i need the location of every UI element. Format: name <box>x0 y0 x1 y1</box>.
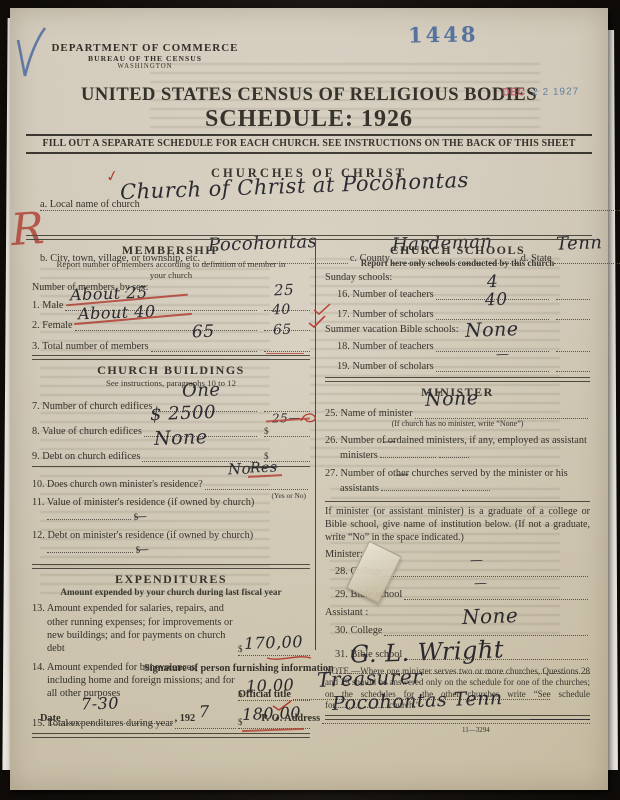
row-label: 9. Debt on church edifices <box>32 451 140 462</box>
right-column: CHURCH SCHOOLS Report here only schools … <box>316 238 592 650</box>
row-total-members: 3. Total number of members 65 65 <box>32 333 310 352</box>
form-number-left: 8—5518-1 <box>48 720 78 728</box>
graduate-note: If minister (or assistant minister) is a… <box>325 506 590 544</box>
membership-sub: Report number of members according to de… <box>55 259 287 280</box>
form-number-right: 11—3294 <box>462 726 490 734</box>
residence-debt-written: — <box>150 542 151 559</box>
row-female: 2. Female About 40 40 <box>32 313 310 331</box>
row-label: 8. Value of church edifices <box>32 426 142 437</box>
stamp-month: DEC <box>502 86 525 98</box>
banner-instruction: FILL OUT A SEPARATE SCHEDULE FOR EACH CH… <box>37 138 580 149</box>
scanned-document: 1448 DEPARTMENT OF COMMERCE BUREAU OF TH… <box>0 0 620 800</box>
department-name: DEPARTMENT OF COMMERCE <box>38 42 252 54</box>
date-year-printed: , 192 <box>175 713 196 724</box>
row-label: 10. Does church own minister's residence… <box>32 479 203 490</box>
vbs-teachers-written: None <box>465 318 519 342</box>
row-label: 2. Female <box>32 320 73 331</box>
edifice-debt-written: None <box>154 426 208 450</box>
row-male: 1. Male About 25 25 <box>32 293 310 311</box>
section-divider <box>325 377 590 382</box>
schools-heading: CHURCH SCHOOLS <box>325 243 590 258</box>
buildings-sub: See instructions, paragraphs 10 to 12 <box>32 378 310 389</box>
exp-salaries-written: 170,00 <box>244 632 304 653</box>
section-divider <box>32 564 310 569</box>
red-check-mark <box>313 303 331 316</box>
date-received-stamp: DEC 2 2 1927 <box>502 85 579 98</box>
row-label: 11. Value of minister's residence (if ow… <box>32 497 254 508</box>
signature-label: Signature of person furnishing informati… <box>144 663 334 674</box>
row-label: 30. College <box>335 625 382 636</box>
po-address-label: P. O. Address <box>261 713 320 724</box>
total-answer: 65 <box>273 322 292 339</box>
stamp-day-year: 2 2 1927 <box>532 86 579 98</box>
row-label: 19. Number of scholars <box>337 361 434 372</box>
row-ss-scholars: 17. Number of scholars 40 <box>337 303 590 320</box>
rule <box>325 501 590 503</box>
row-assistant-college: 30. College None <box>335 620 590 636</box>
row-label: 18. Number of teachers <box>337 341 434 352</box>
serial-number-stamp: 1448 <box>408 21 479 47</box>
male-answer: 25 <box>274 281 295 300</box>
signature-flourish <box>530 719 590 720</box>
row-ordained-ministers: 26. Number of ordained ministers, if any… <box>325 434 590 463</box>
date-written: 7-30 <box>80 693 119 713</box>
official-title-written: Treasurer <box>317 664 423 692</box>
membership-heading: MEMBERSHIP <box>32 243 310 258</box>
row-vbs-scholars: 19. Number of scholars — <box>337 355 590 372</box>
expenditures-sub: Amount expended by your church during la… <box>32 587 310 598</box>
total-written: 65 <box>192 322 215 343</box>
assistant-college-written: None <box>462 603 519 629</box>
row-vbs-teachers: 18. Number of teachers None <box>337 335 590 352</box>
row-date-address: Date 7-30 , 192 7 P. O. Address Pocohont… <box>26 710 592 724</box>
edifice-value-written: $ 2500 <box>150 401 217 424</box>
vacation-schools-label: Summer vacation Bible schools: <box>325 324 590 335</box>
section-divider <box>32 355 310 360</box>
official-title-label: Official title <box>238 689 291 700</box>
signature-written: G. L. Wright <box>349 635 504 668</box>
college-written: — <box>470 552 484 567</box>
form-columns: MEMBERSHIP Report number of members acco… <box>26 238 592 650</box>
edifices-written: One <box>182 379 221 401</box>
row-label: 13. Amount expended for salaries, repair… <box>32 602 238 656</box>
row-label: 25. Name of minister <box>325 408 413 419</box>
expenditures-heading: EXPENDITURES <box>32 572 310 587</box>
vbs-scholars-written: — <box>495 347 509 362</box>
bible-school-written: — <box>474 575 488 590</box>
ss-scholars-written: 40 <box>485 289 508 310</box>
bureau-name: BUREAU OF THE CENSUS <box>38 54 252 63</box>
female-answer: 40 <box>272 302 291 319</box>
row-own-residence: 10. Does church own minister's residence… <box>32 470 310 490</box>
left-column: MEMBERSHIP Report number of members acco… <box>26 238 316 650</box>
minister-name-written: None <box>425 387 479 411</box>
row-label: 16. Number of teachers <box>337 289 434 300</box>
signature-section: Signature of person furnishing informati… <box>26 654 592 784</box>
row-label: 3. Total number of members <box>32 341 149 352</box>
red-underline <box>266 353 304 355</box>
dollar-sign: $ <box>238 644 243 654</box>
agency-block: DEPARTMENT OF COMMERCE BUREAU OF THE CEN… <box>38 42 252 70</box>
row-other-churches: 27. Number of other churches served by t… <box>325 467 590 496</box>
census-form-page: 1448 DEPARTMENT OF COMMERCE BUREAU OF TH… <box>10 8 608 790</box>
row-label: 1. Male <box>32 300 63 311</box>
row-ss-teachers: 16. Number of teachers 4 <box>337 283 590 300</box>
banner-rule: FILL OUT A SEPARATE SCHEDULE FOR EACH CH… <box>26 134 592 154</box>
row-residence-value: 11. Value of minister's residence (if ow… <box>32 496 295 526</box>
buildings-heading: CHURCH BUILDINGS <box>32 363 310 378</box>
row-label: 7. Number of church edifices <box>32 401 152 412</box>
form-subtitle: SCHEDULE: 1926 <box>10 106 608 133</box>
ss-teachers-written: 4 <box>487 272 499 292</box>
field-local-name: a. Local name of church Church of Christ… <box>40 185 620 211</box>
schools-sub: Report here only schools conducted by th… <box>325 258 590 269</box>
date-year-written: 7 <box>199 702 210 721</box>
row-label: 12. Debt on minister's residence (if own… <box>32 530 253 541</box>
sunday-schools-label: Sunday schools: <box>325 272 590 283</box>
row-label: 17. Number of scholars <box>337 309 434 320</box>
row-exp-salaries: 13. Amount expended for salaries, repair… <box>32 602 310 656</box>
assistant-label: Assistant : <box>325 607 590 618</box>
row-edifice-debt: 9. Debt on church edifices None $ <box>32 441 310 462</box>
minister-name-note: (If church has no minister, write “None”… <box>325 419 590 428</box>
bureau-city: WASHINGTON <box>38 63 252 70</box>
residence-value-written: — <box>148 509 149 526</box>
row-residence-debt: 12. Debt on minister's residence (if own… <box>32 529 295 559</box>
po-address-written: Pocohontas Tenn <box>332 687 503 715</box>
row-minister-name: 25. Name of minister None <box>325 402 590 419</box>
dollar-sign: $ <box>264 426 269 436</box>
